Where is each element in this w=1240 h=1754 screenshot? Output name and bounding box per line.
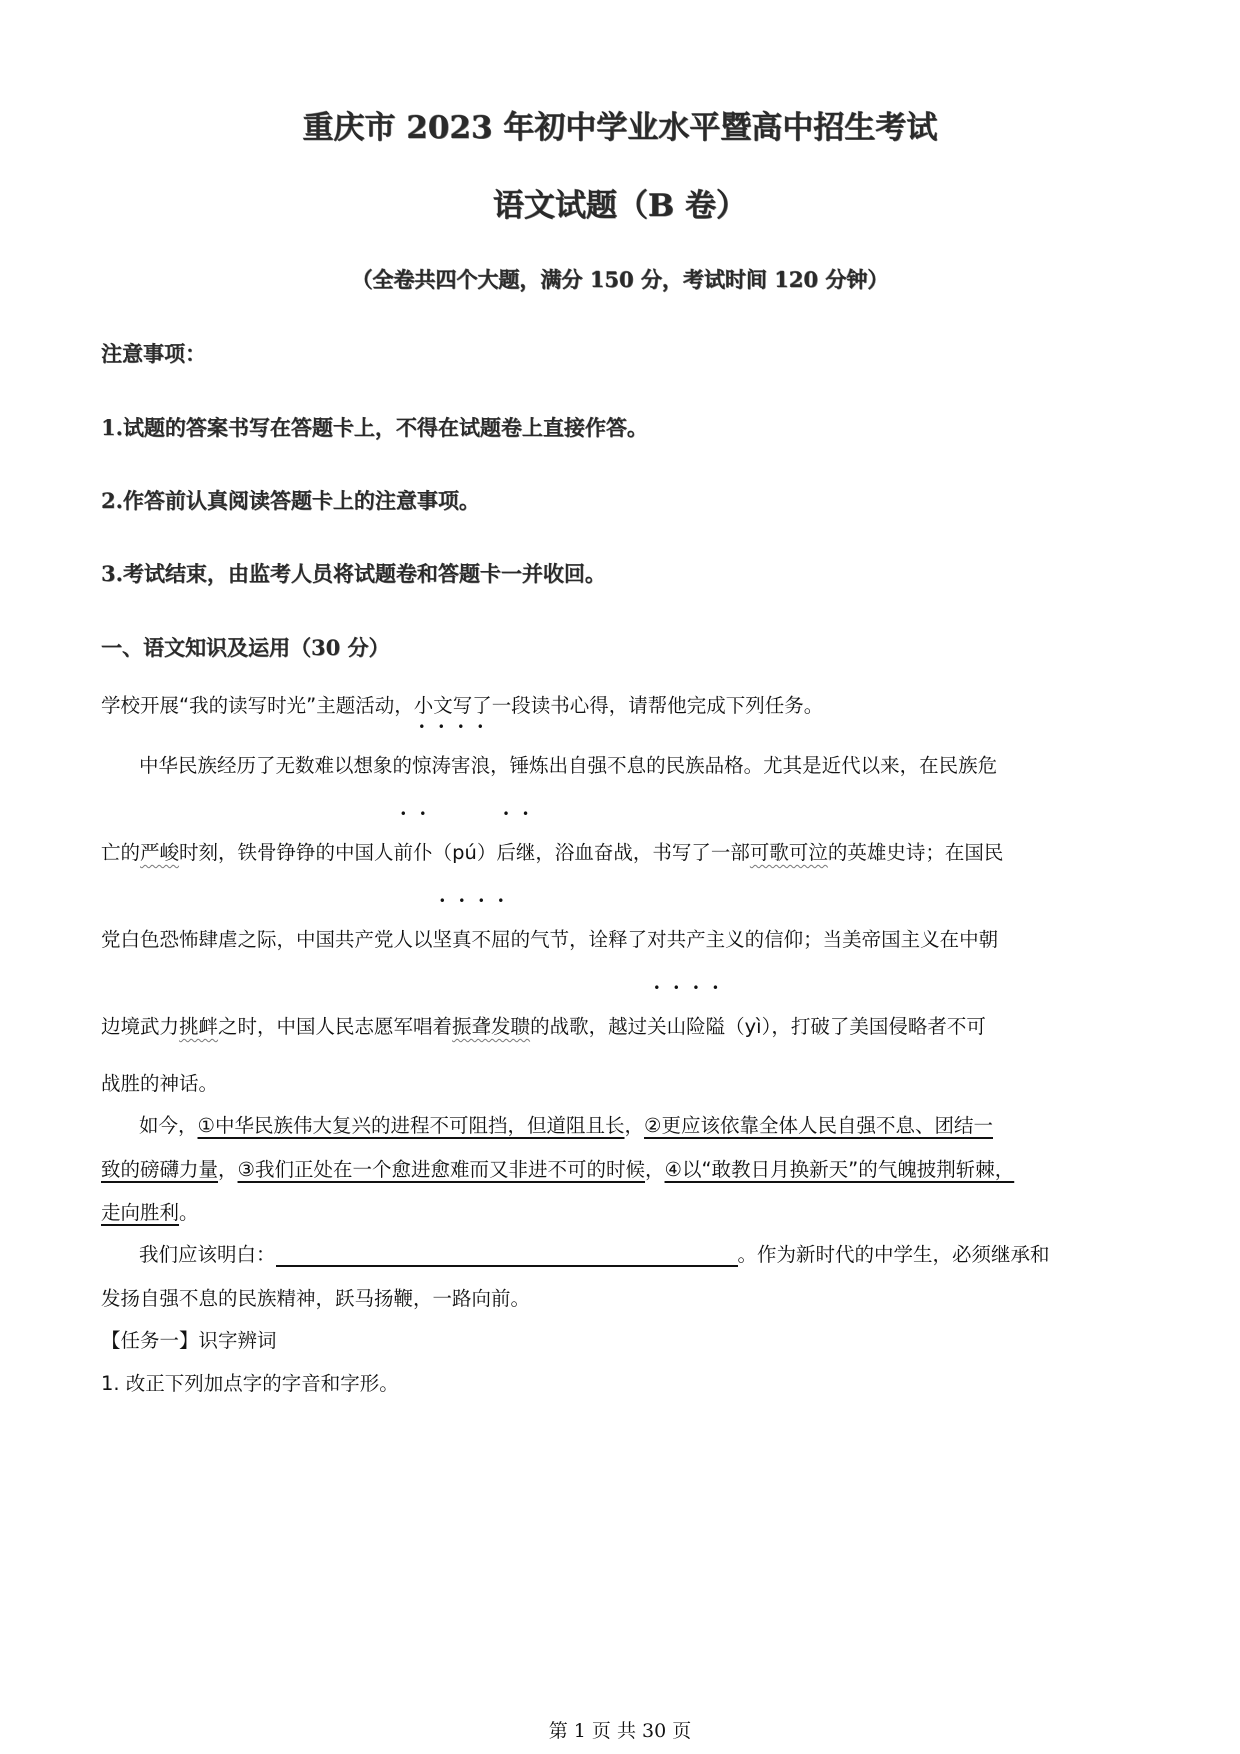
exam-info: （全卷共四个大题，满分 150 分，考试时间 120 分钟） xyxy=(0,264,1240,294)
text-run: 之时，中国人民志愿军唱着 xyxy=(218,1015,452,1038)
para3-line2: 发扬自强不息的民族精神，跃马扬鞭，一路向前。 xyxy=(101,1283,530,1311)
underlined-sentence-3: ③我们正处在一个愈进愈难而又非进不可的时候 xyxy=(238,1158,645,1181)
text-run: ，浴血奋战，书写了一部 xyxy=(535,841,750,864)
text-run: 时刻，铁骨铮铮的中国人 xyxy=(179,841,394,864)
dotted-char: 真 xyxy=(452,924,472,952)
text-run: 的气节，诠释了对共产主义的信仰；当美帝国主义在中朝 xyxy=(511,928,999,951)
question-1: 1. 改正下列加点字的字音和字形。 xyxy=(101,1368,399,1396)
text-run: 的战歌，越过 xyxy=(530,1015,647,1038)
para2-line1: 如今，①中华民族伟大复兴的进程不可阻挡，但道阻且长，②更应该依靠全体人民自强不息… xyxy=(139,1110,993,1138)
page-number: 第 1 页 共 30 页 xyxy=(0,1716,1240,1743)
text-run: 中华民族经历了无数难以想象的 xyxy=(139,754,412,777)
dotted-char: 涛 xyxy=(432,750,452,778)
para1-line5: 战胜的神话。 xyxy=(101,1068,218,1096)
answer-blank[interactable] xyxy=(276,1245,738,1267)
dotted-char: 害 xyxy=(451,750,471,778)
text-run: 边境武力 xyxy=(101,1015,179,1038)
dotted-char: 险 xyxy=(686,1011,706,1039)
pinyin-annotation: （yì），打破了美国侵略者不可 xyxy=(725,1015,986,1038)
underlined-sentence-2: ②更应该依靠全体人民自强不息、团结一 xyxy=(644,1114,993,1137)
underlined-sentence-4: ④以“敢教日月换新天”的气魄披荆斩棘， xyxy=(665,1158,1015,1181)
text-run: 亡的 xyxy=(101,841,140,864)
section-heading: 一、语文知识及运用（30 分） xyxy=(101,632,390,662)
text-run: 。 xyxy=(179,1201,199,1224)
dotted-char: 仆 xyxy=(413,837,433,865)
para1-line4: 边境武力挑衅之时，中国人民志愿军唱着振聋发聩的战歌，越过关山险隘（yì），打破了… xyxy=(101,1011,986,1039)
note-item-3: 3.考试结束，由监考人员将试题卷和答题卡一并收回。 xyxy=(101,558,606,588)
note-item-2: 2.作答前认真阅读答题卡上的注意事项。 xyxy=(101,485,480,515)
wavy-underlined-word: 挑衅 xyxy=(179,1015,218,1038)
underlined-sentence-2: 致的磅礴力量 xyxy=(101,1158,218,1181)
para2-line2: 致的磅礴力量，③我们正处在一个愈进愈难而又非进不可的时候，④以“敢教日月换新天”… xyxy=(101,1154,1014,1182)
text-run: ， xyxy=(218,1158,238,1181)
dotted-char: 惊 xyxy=(412,750,432,778)
exam-title: 重庆市 2023 年初中学业水平暨高中招生考试 xyxy=(0,102,1240,147)
section-intro: 学校开展“我的读写时光”主题活动，小文写了一段读书心得，请帮他完成下列任务。 xyxy=(101,690,823,718)
dotted-char: 坚 xyxy=(433,924,453,952)
pinyin-annotation: （pú） xyxy=(433,841,497,864)
underlined-sentence-4: 走向胜利 xyxy=(101,1201,179,1224)
text-run: ， xyxy=(645,1158,665,1181)
exam-subtitle: 语文试题（B 卷） xyxy=(0,180,1240,225)
text-run: 党白色恐怖肆虐之际，中国共产党人以 xyxy=(101,928,433,951)
dotted-char: 关 xyxy=(647,1011,667,1039)
notes-heading: 注意事项： xyxy=(101,338,206,368)
dotted-char: 浪 xyxy=(471,750,491,778)
wavy-underlined-word: 可歌可泣 xyxy=(750,841,828,864)
dotted-char: 后 xyxy=(496,837,516,865)
para1-line3: 党白色恐怖肆虐之际，中国共产党人以坚真不屈的气节，诠释了对共产主义的信仰；当美帝… xyxy=(101,924,998,952)
text-run: ， xyxy=(625,1114,645,1137)
text-run: 。作为新时代的中学生，必须继承和 xyxy=(738,1243,1050,1266)
text-run: 如今， xyxy=(139,1114,198,1137)
text-run: ，锤炼出自强不息的民族品格。尤其是近代以来，在民族危 xyxy=(490,754,997,777)
para1-line2: 亡的严峻时刻，铁骨铮铮的中国人前仆（pú）后继，浴血奋战，书写了一部可歌可泣的英… xyxy=(101,837,1003,865)
dotted-char: 不 xyxy=(472,924,492,952)
text-run: 的英雄史诗；在国民 xyxy=(828,841,1004,864)
text-run: 我们应该明白： xyxy=(139,1243,276,1266)
para3-line1: 我们应该明白：。作为新时代的中学生，必须继承和 xyxy=(139,1239,1050,1267)
wavy-underlined-word: 严峻 xyxy=(140,841,179,864)
task1-heading: 【任务一】识字辨词 xyxy=(101,1325,277,1353)
underlined-sentence-1: ①中华民族伟大复兴的进程不可阻挡，但道阻且长 xyxy=(198,1114,625,1137)
dotted-char: 继 xyxy=(516,837,536,865)
dotted-char: 隘 xyxy=(706,1011,726,1039)
para1-line1: 中华民族经历了无数难以想象的惊涛害浪，锤炼出自强不息的民族品格。尤其是近代以来，… xyxy=(139,750,997,778)
dotted-char: 屈 xyxy=(491,924,511,952)
dotted-char: 前 xyxy=(394,837,414,865)
dotted-char: 山 xyxy=(667,1011,687,1039)
wavy-underlined-word: 振聋发聩 xyxy=(452,1015,530,1038)
para2-line3: 走向胜利。 xyxy=(101,1197,199,1225)
note-item-1: 1.试题的答案书写在答题卡上，不得在试题卷上直接作答。 xyxy=(101,412,648,442)
